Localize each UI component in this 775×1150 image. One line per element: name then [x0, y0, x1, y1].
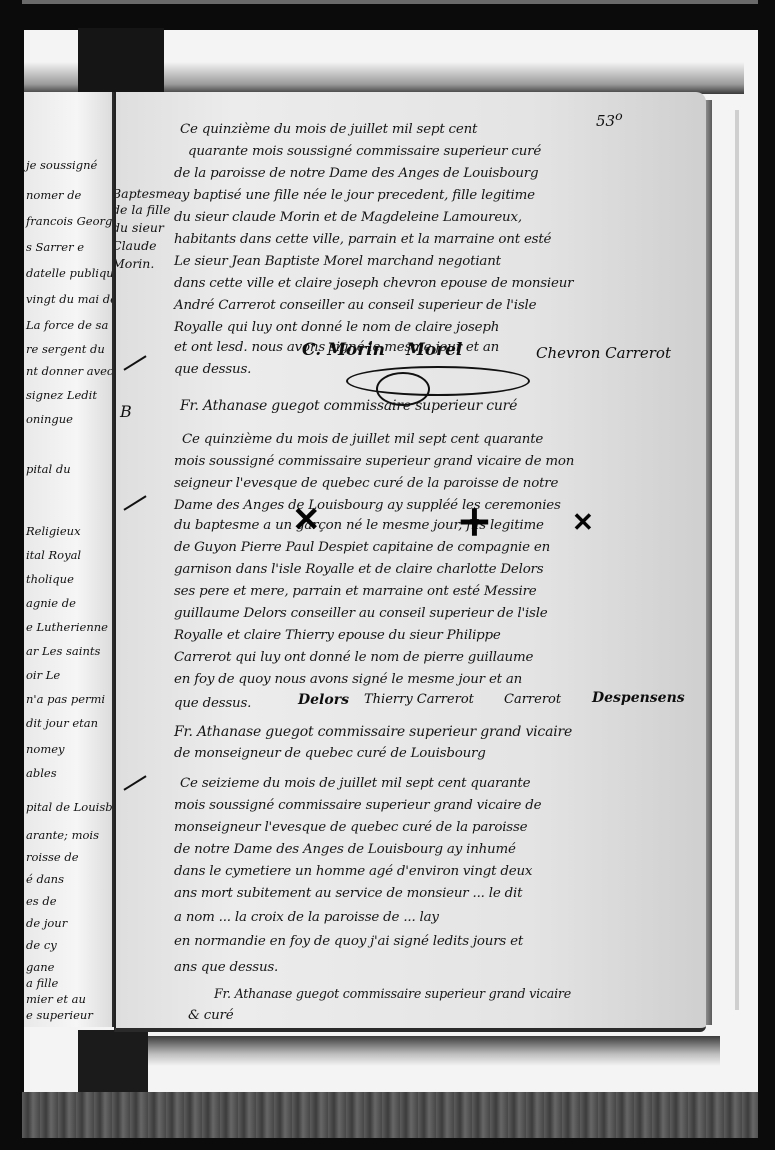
- left-page-line: ables: [26, 766, 57, 780]
- ink-mark-cross-icon: +: [456, 496, 493, 547]
- entry-3-line: en normandie en foy de quoy j'ai signé l…: [174, 934, 523, 949]
- left-page-line: oningue: [26, 412, 73, 426]
- entry-3-signature: Fr. Athanase guegot commissaire superieu…: [214, 986, 571, 1001]
- scan-right-border: [758, 0, 775, 1150]
- binding-clip-top: [78, 28, 164, 98]
- margin-dash-icon: [123, 355, 146, 370]
- entry-1-line: André Carrerot conseiller au conseil sup…: [174, 298, 536, 313]
- left-page-line: nomer de: [26, 188, 81, 202]
- entry-3-line: ans mort subitement au service de monsie…: [174, 886, 522, 901]
- entry-1-line: quarante mois soussigné commissaire supe…: [188, 144, 541, 159]
- scan-left-border: [0, 0, 22, 1150]
- left-page-line: agnie de: [26, 596, 76, 610]
- signature-delors: Delors: [298, 692, 349, 708]
- entry-2-line: en foy de quoy nous avons signé le mesme…: [174, 672, 522, 687]
- left-page-line: Religieux: [26, 524, 81, 538]
- left-page-line: nt donner avec: [26, 364, 113, 378]
- entry-1-line: Ce quinzième du mois de juillet mil sept…: [180, 122, 477, 137]
- signature-chevron-carrerot: Chevron Carrerot: [536, 344, 671, 362]
- entry-2-line: Royalle et claire Thierry epouse du sieu…: [174, 628, 501, 643]
- entry-1-margin-note: du sieur: [114, 222, 164, 235]
- paraph-flourish-icon: [346, 366, 530, 396]
- left-page-line: La force de sa: [26, 318, 108, 332]
- entry-2-line: Ce quinzième du mois de juillet mil sept…: [182, 432, 543, 447]
- left-page-line: a fille: [26, 976, 58, 990]
- left-page-line: oir Le: [26, 668, 60, 682]
- left-page-line: mier et au: [26, 992, 86, 1006]
- entry-1-margin-note: Baptesme: [114, 188, 175, 201]
- left-page-line: roisse de: [26, 850, 79, 864]
- entry-1-line: du sieur claude Morin et de Magdeleine L…: [174, 210, 522, 225]
- left-page-line: gane: [26, 960, 54, 974]
- left-page-line: n'a pas permi: [26, 692, 105, 706]
- scanner-table-surface: [22, 1092, 772, 1138]
- left-page-verso: je soussigné nomer de francois George s …: [24, 92, 114, 1027]
- entry-2-line: guillaume Delors conseiller au conseil s…: [174, 606, 548, 621]
- entry-2-line: de Guyon Pierre Paul Despiet capitaine d…: [174, 540, 550, 555]
- left-page-line: arante; mois: [26, 828, 99, 842]
- folio-number: 53o: [596, 108, 623, 130]
- left-page-line: es de: [26, 894, 57, 908]
- entry-1-line: ay baptisé une fille née le jour precede…: [174, 188, 535, 203]
- entry-1-line: Royalle qui luy ont donné le nom de clai…: [174, 320, 499, 335]
- left-page-line: signez Ledit: [26, 388, 97, 402]
- entry-3-line: monseigneur l'evesque de quebec curé de …: [174, 820, 527, 835]
- left-page-line: s Sarrer e: [26, 240, 84, 254]
- left-page-line: re sergent du: [26, 342, 105, 356]
- entry-2-margin-mark: B: [120, 404, 132, 420]
- entry-2-line: Carrerot qui luy ont donné le nom de pie…: [174, 650, 533, 665]
- left-page-line: pital du: [26, 462, 71, 476]
- binding-clip-bottom: [78, 1030, 148, 1100]
- entry-1-margin-note: Claude: [114, 240, 156, 253]
- page-shadow-bottom: [140, 1036, 720, 1066]
- left-page-line: francois George: [26, 214, 114, 228]
- entry-1-margin-note: de la fille: [114, 204, 171, 217]
- signature-morin: C. Morin: [302, 340, 385, 360]
- entry-2-line: garnison dans l'isle Royalle et de clair…: [174, 562, 543, 577]
- scan-top-edge: [0, 0, 775, 4]
- left-page-line: ar Les saints: [26, 644, 100, 658]
- signature-morel: Morel: [406, 340, 462, 360]
- entry-2-line: Dame des Anges de Louisbourg ay suppléé …: [174, 498, 561, 513]
- left-page-line: ital Royal: [26, 548, 81, 562]
- entry-1-line: Le sieur Jean Baptiste Morel marchand ne…: [174, 254, 501, 269]
- entry-2-header: Fr. Athanase guegot commissaire superieu…: [180, 398, 517, 414]
- left-page-line: e Lutherienne: [26, 620, 108, 634]
- left-page-line: tholique: [26, 572, 74, 586]
- signature-carrerot: Carrerot: [504, 692, 561, 707]
- entry-3-line: dans le cymetiere un homme agé d'environ…: [174, 864, 532, 879]
- entry-3-line: Ce seizieme du mois de juillet mil sept …: [180, 776, 530, 791]
- signature-thierry-carrerot: Thierry Carrerot: [364, 692, 474, 707]
- entry-3-line: mois soussigné commissaire superieur gra…: [174, 798, 541, 813]
- entry-1-line: dans cette ville et claire joseph chevro…: [174, 276, 573, 291]
- left-page-line: datelle publique: [26, 266, 114, 280]
- ink-mark-cross-icon: ✕: [292, 500, 321, 540]
- entry-1-line: que dessus.: [174, 362, 251, 377]
- right-page-recto: 53o Baptesme de la fille du sieur Claude…: [114, 92, 706, 1032]
- entry-2-line: seigneur l'evesque de quebec curé de la …: [174, 476, 558, 491]
- left-page-line: de jour: [26, 916, 67, 930]
- entry-1-line: de la paroisse de notre Dame des Anges d…: [174, 166, 538, 181]
- entry-3-line: ans que dessus.: [174, 960, 278, 975]
- left-page-line: je soussigné: [26, 158, 97, 172]
- left-page-line: dit jour etan: [26, 716, 98, 730]
- entry-2-line: que dessus.: [174, 696, 251, 711]
- left-page-line: de cy: [26, 938, 57, 952]
- left-page-line: é dans: [26, 872, 64, 886]
- left-page-line: vingt du mai de: [26, 292, 114, 306]
- entry-3-header: de monseigneur de quebec curé de Louisbo…: [174, 746, 486, 761]
- left-page-line: nomey: [26, 742, 65, 756]
- entry-2-line: mois soussigné commissaire superieur gra…: [174, 454, 574, 469]
- entry-3-signature-suffix: & curé: [188, 1008, 233, 1023]
- margin-dash-icon: [123, 495, 146, 510]
- entry-1-margin-note: Morin.: [114, 258, 154, 271]
- ink-mark-cross-icon: ✕: [572, 508, 594, 538]
- entry-1-line: habitants dans cette ville, parrain et l…: [174, 232, 551, 247]
- entry-3-line: a nom ... la croix de la paroisse de ...…: [174, 910, 439, 925]
- signature-despensens: Despensens: [592, 690, 685, 706]
- entry-3-line: de notre Dame des Anges de Louisbourg ay…: [174, 842, 516, 857]
- entry-2-line: ses pere et mere, parrain et marraine on…: [174, 584, 537, 599]
- left-page-line: e superieur: [26, 1008, 93, 1022]
- entry-3-header: Fr. Athanase guegot commissaire superieu…: [174, 724, 572, 740]
- left-page-line: pital de Louisbourg: [26, 800, 114, 814]
- margin-dash-icon: [123, 775, 146, 790]
- backing-sheet-fold: [735, 110, 739, 1010]
